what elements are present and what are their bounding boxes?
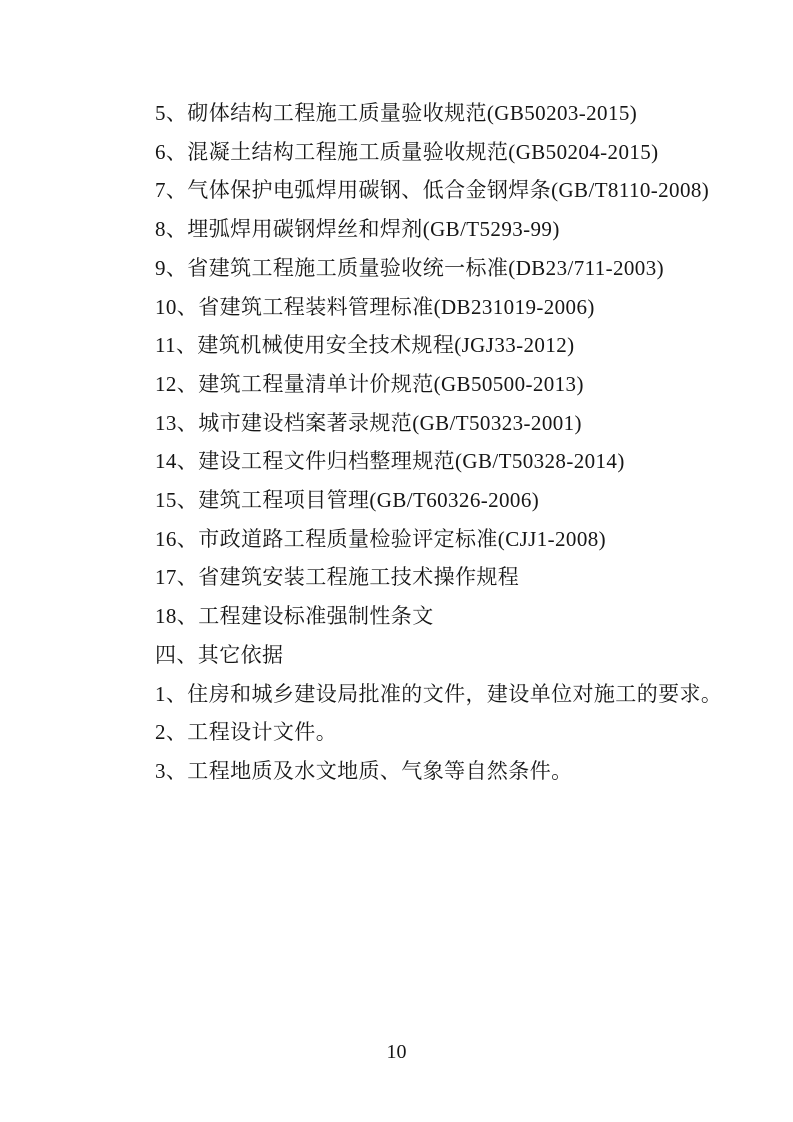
document-line: 15、建筑工程项目管理(GB/T60326-2006) [155,481,753,520]
document-line: 8、埋弧焊用碳钢焊丝和焊剂(GB/T5293-99) [155,210,753,249]
document-line: 7、气体保护电弧焊用碳钢、低合金钢焊条(GB/T8110-2008) [155,171,753,210]
document-page: 5、砌体结构工程施工质量验收规范(GB50203-2015)6、混凝土结构工程施… [0,0,793,1122]
document-line: 16、市政道路工程质量检验评定标准(CJJ1-2008) [155,520,753,559]
document-line: 17、省建筑安装工程施工技术操作规程 [155,558,753,597]
document-line: 9、省建筑工程施工质量验收统一标准(DB23/711-2003) [155,249,753,288]
document-line: 18、工程建设标准强制性条文 [155,597,753,636]
document-line: 13、城市建设档案著录规范(GB/T50323-2001) [155,404,753,443]
document-line: 5、砌体结构工程施工质量验收规范(GB50203-2015) [155,94,753,133]
document-line: 10、省建筑工程装料管理标准(DB231019-2006) [155,288,753,327]
page-number: 10 [0,1041,793,1063]
document-line: 2、工程设计文件。 [155,713,753,752]
document-line: 3、工程地质及水文地质、气象等自然条件。 [155,752,753,791]
document-line: 11、建筑机械使用安全技术规程(JGJ33-2012) [155,326,753,365]
document-line: 四、其它依据 [155,636,753,675]
document-body: 5、砌体结构工程施工质量验收规范(GB50203-2015)6、混凝土结构工程施… [155,94,753,791]
document-line: 1、住房和城乡建设局批准的文件，建设单位对施工的要求。 [155,675,753,714]
document-line: 6、混凝土结构工程施工质量验收规范(GB50204-2015) [155,133,753,172]
document-line: 12、建筑工程量清单计价规范(GB50500-2013) [155,365,753,404]
document-line: 14、建设工程文件归档整理规范(GB/T50328-2014) [155,442,753,481]
